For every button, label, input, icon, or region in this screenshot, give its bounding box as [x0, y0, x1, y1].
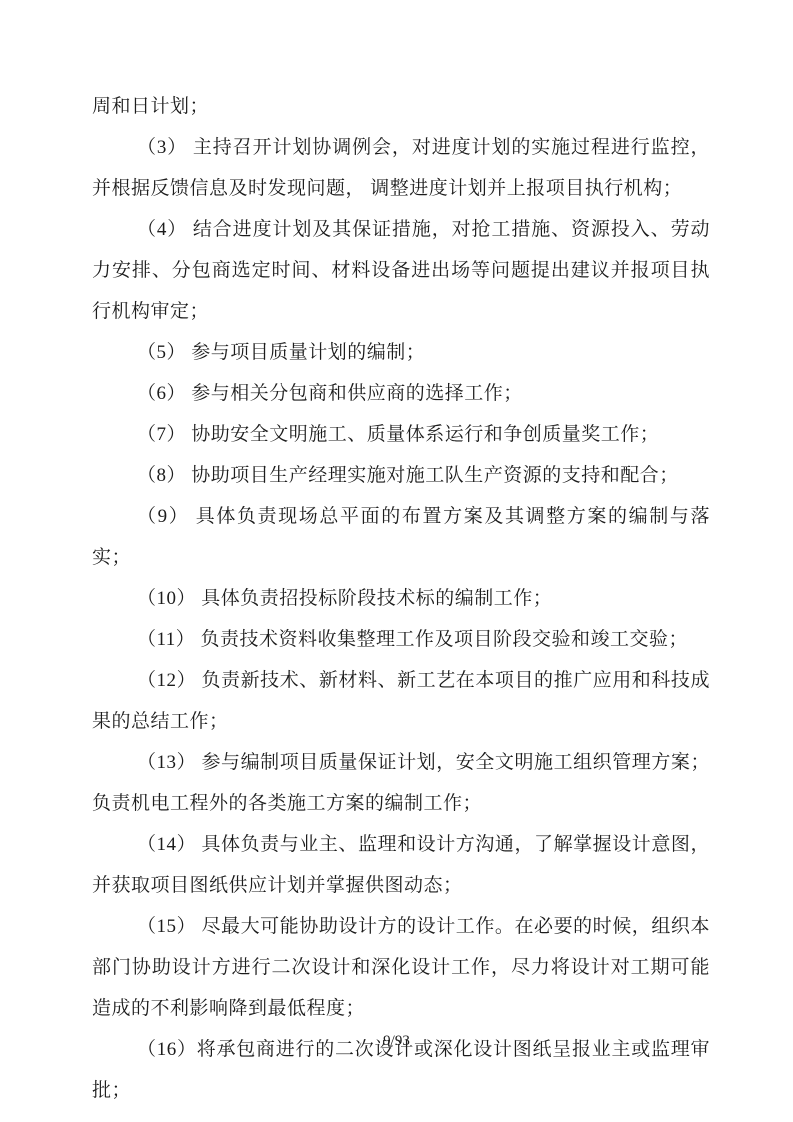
paragraph: （12） 负责新技术、新材料、新工艺在本项目的推广应用和科技成果的总结工作； [92, 660, 710, 742]
document-body: 周和日计划；（3） 主持召开计划协调例会，对进度计划的实施过程进行监控，并根据反… [92, 86, 710, 1111]
paragraph: （7） 协助安全文明施工、质量体系运行和争创质量奖工作； [92, 414, 710, 455]
paragraph: （15） 尽最大可能协助设计方的设计工作。在必要的时候，组织本部门协助设计方进行… [92, 906, 710, 1029]
paragraph: （8） 协助项目生产经理实施对施工队生产资源的支持和配合； [92, 455, 710, 496]
paragraph: （13） 参与编制项目质量保证计划，安全文明施工组织管理方案；负责机电工程外的各… [92, 742, 710, 824]
paragraph: （11） 负责技术资料收集整理工作及项目阶段交验和竣工交验； [92, 619, 710, 660]
paragraph: （10） 具体负责招投标阶段技术标的编制工作； [92, 578, 710, 619]
paragraph: （4） 结合进度计划及其保证措施，对抢工措施、资源投入、劳动力安排、分包商选定时… [92, 209, 710, 332]
paragraph: 周和日计划； [92, 86, 710, 127]
paragraph: （5） 参与项目质量计划的编制； [92, 332, 710, 373]
document-page: 周和日计划；（3） 主持召开计划协调例会，对进度计划的实施过程进行监控，并根据反… [0, 0, 793, 1122]
page-number: 9/93 [0, 1031, 793, 1051]
paragraph: （14） 具体负责与业主、监理和设计方沟通，了解掌握设计意图，并获取项目图纸供应… [92, 824, 710, 906]
paragraph: （3） 主持召开计划协调例会，对进度计划的实施过程进行监控，并根据反馈信息及时发… [92, 127, 710, 209]
paragraph: （6） 参与相关分包商和供应商的选择工作； [92, 373, 710, 414]
paragraph: （9） 具体负责现场总平面的布置方案及其调整方案的编制与落实； [92, 496, 710, 578]
